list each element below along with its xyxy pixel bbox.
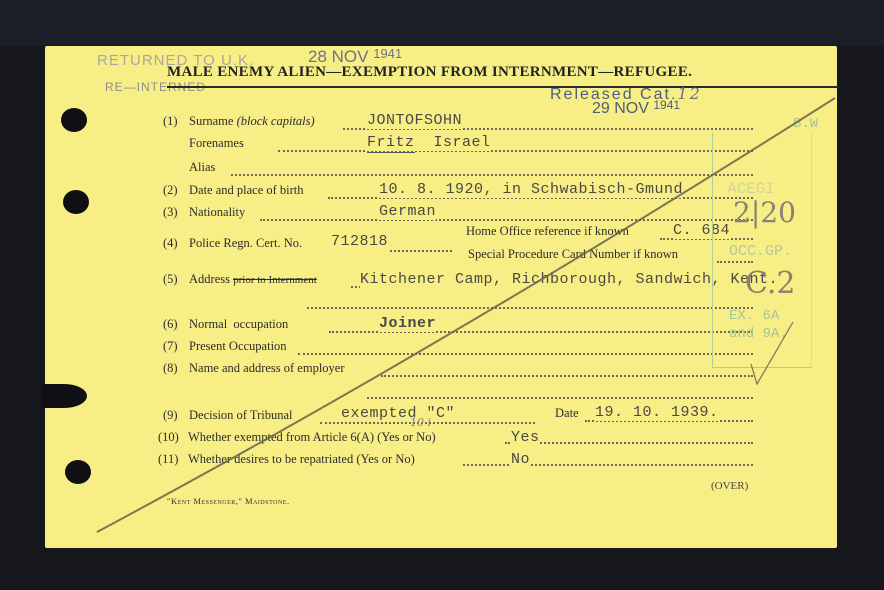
dark-background-top [0, 0, 884, 46]
diagonal-cancel-line [45, 46, 837, 548]
exemption-card: RETURNED TO U.K. 28 NOV 1941 RE—INTERNED… [45, 46, 837, 548]
